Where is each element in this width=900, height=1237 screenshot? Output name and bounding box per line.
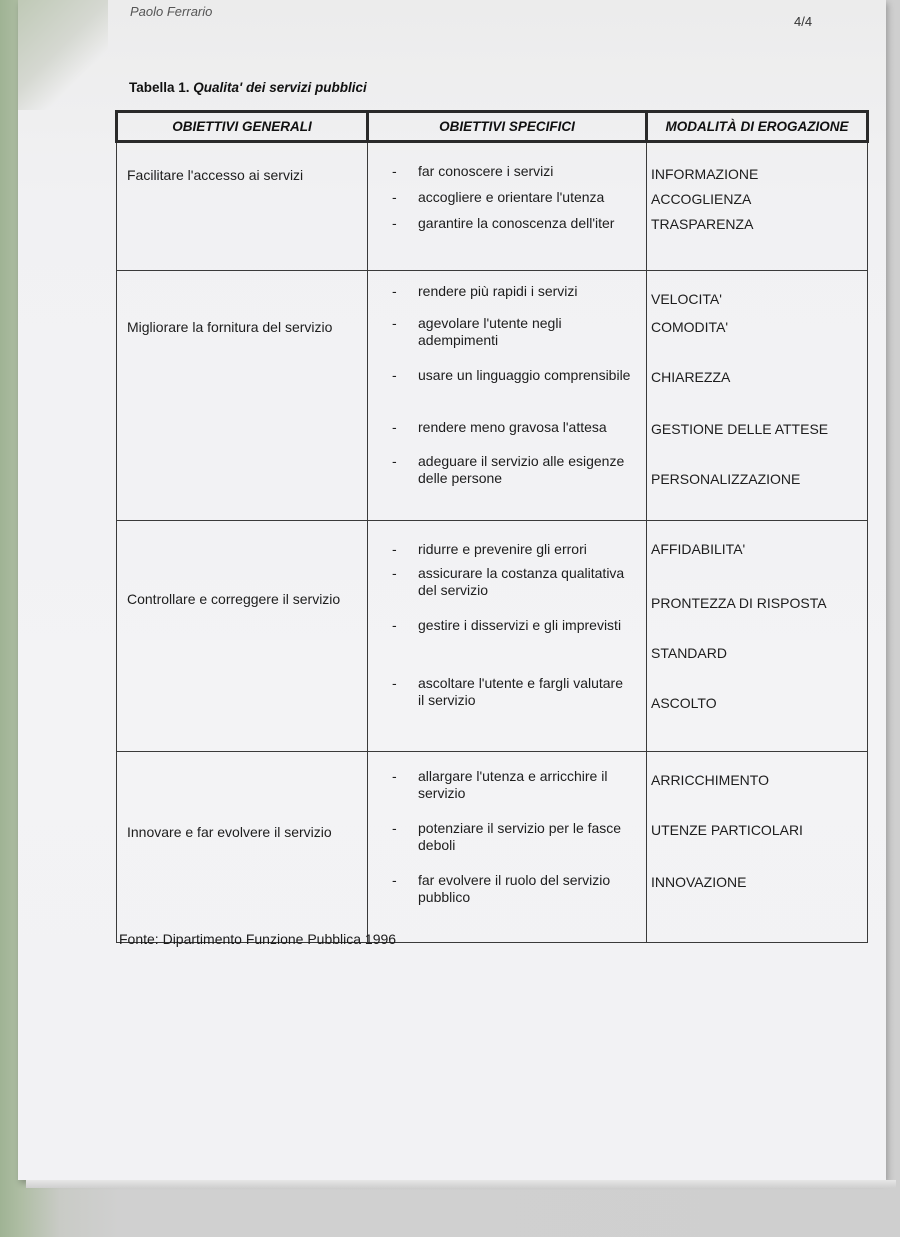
modality-item: TRASPARENZA [651, 216, 753, 232]
column-header-modality: MODALITÀ DI EROGAZIONE [647, 112, 868, 142]
modality-list: INFORMAZIONEACCOGLIENZATRASPARENZA [647, 143, 867, 270]
page-number: 4/4 [794, 14, 812, 29]
bullet-dash: - [392, 768, 397, 784]
modality-item: INFORMAZIONE [651, 166, 758, 182]
bullet-dash: - [392, 565, 397, 581]
general-objective: Controllare e correggere il servizio [117, 521, 367, 607]
modality-list: AFFIDABILITA'PRONTEZZA DI RISPOSTASTANDA… [647, 521, 867, 751]
specific-objective-text: ridurre e prevenire gli errori [418, 541, 633, 558]
modality-list: VELOCITA'COMODITA'CHIAREZZAGESTIONE DELL… [647, 271, 867, 520]
bullet-dash: - [392, 163, 397, 179]
specific-objective-text: far evolvere il ruolo del servizio pubbl… [418, 872, 633, 906]
modality-item: AFFIDABILITA' [651, 541, 745, 557]
specific-objective-text: adeguare il servizio alle esigenze delle… [418, 453, 633, 487]
quality-table: OBIETTIVI GENERALI OBIETTIVI SPECIFICI M… [115, 110, 869, 943]
table-row: Facilitare l'accesso ai servizi-far cono… [117, 142, 868, 271]
specific-objective-text: ascoltare l'utente e fargli valutare il … [418, 675, 633, 709]
general-objective-cell: Facilitare l'accesso ai servizi [117, 142, 368, 271]
page-fold-shadow [18, 0, 108, 110]
table-header-row: OBIETTIVI GENERALI OBIETTIVI SPECIFICI M… [117, 112, 868, 142]
modality-item: PERSONALIZZAZIONE [651, 471, 800, 487]
general-objective-cell: Controllare e correggere il servizio [117, 521, 368, 752]
specific-objective-text: garantire la conoscenza dell'iter [418, 215, 633, 232]
specific-objectives-list: -allargare l'utenza e arricchire il serv… [368, 752, 646, 942]
specific-objective-text: usare un linguaggio comprensibile [418, 367, 633, 384]
general-objective: Facilitare l'accesso ai servizi [117, 143, 367, 183]
specific-objectives-cell: -rendere più rapidi i servizi-agevolare … [368, 271, 647, 521]
bullet-dash: - [392, 283, 397, 299]
modality-item: CHIAREZZA [651, 369, 730, 385]
general-objective: Migliorare la fornitura del servizio [117, 271, 367, 335]
modality-list: ARRICCHIMENTOUTENZE PARTICOLARIINNOVAZIO… [647, 752, 867, 942]
modality-item: UTENZE PARTICOLARI [651, 822, 803, 838]
modality-cell: INFORMAZIONEACCOGLIENZATRASPARENZA [647, 142, 868, 271]
bullet-dash: - [392, 453, 397, 469]
general-objective-cell: Migliorare la fornitura del servizio [117, 271, 368, 521]
column-header-general: OBIETTIVI GENERALI [117, 112, 368, 142]
modality-item: ACCOGLIENZA [651, 191, 751, 207]
modality-item: PRONTEZZA DI RISPOSTA [651, 595, 827, 611]
modality-cell: VELOCITA'COMODITA'CHIAREZZAGESTIONE DELL… [647, 271, 868, 521]
bullet-dash: - [392, 872, 397, 888]
specific-objectives-list: -far conoscere i servizi-accogliere e or… [368, 143, 646, 270]
bullet-dash: - [392, 367, 397, 383]
table-caption: Tabella 1. Qualita' dei servizi pubblici [129, 80, 367, 95]
modality-item: STANDARD [651, 645, 727, 661]
bullet-dash: - [392, 617, 397, 633]
bullet-dash: - [392, 820, 397, 836]
table-row: Controllare e correggere il servizio-rid… [117, 521, 868, 752]
table-source-note: Fonte: Dipartimento Funzione Pubblica 19… [119, 931, 396, 947]
bullet-dash: - [392, 675, 397, 691]
specific-objectives-list: -rendere più rapidi i servizi-agevolare … [368, 271, 646, 520]
specific-objectives-cell: -ridurre e prevenire gli errori-assicura… [368, 521, 647, 752]
caption-label: Tabella 1. [129, 80, 190, 95]
modality-item: GESTIONE DELLE ATTESE [651, 421, 828, 437]
modality-item: COMODITA' [651, 319, 728, 335]
specific-objective-text: rendere meno gravosa l'attesa [418, 419, 633, 436]
bullet-dash: - [392, 541, 397, 557]
specific-objective-text: rendere più rapidi i servizi [418, 283, 633, 300]
modality-cell: AFFIDABILITA'PRONTEZZA DI RISPOSTASTANDA… [647, 521, 868, 752]
specific-objective-text: potenziare il servizio per le fasce debo… [418, 820, 633, 854]
specific-objectives-list: -ridurre e prevenire gli errori-assicura… [368, 521, 646, 751]
general-objective-cell: Innovare e far evolvere il servizio [117, 752, 368, 943]
page-stack-edge [26, 1180, 896, 1188]
modality-item: ASCOLTO [651, 695, 717, 711]
specific-objective-text: assicurare la costanza qualitativa del s… [418, 565, 633, 599]
specific-objectives-cell: -far conoscere i servizi-accogliere e or… [368, 142, 647, 271]
modality-item: ARRICCHIMENTO [651, 772, 769, 788]
bullet-dash: - [392, 189, 397, 205]
specific-objective-text: gestire i disservizi e gli imprevisti [418, 617, 633, 634]
table-row: Migliorare la fornitura del servizio-ren… [117, 271, 868, 521]
specific-objective-text: accogliere e orientare l'utenza [418, 189, 633, 206]
specific-objectives-cell: -allargare l'utenza e arricchire il serv… [368, 752, 647, 943]
specific-objective-text: far conoscere i servizi [418, 163, 633, 180]
modality-item: VELOCITA' [651, 291, 722, 307]
bullet-dash: - [392, 215, 397, 231]
bullet-dash: - [392, 315, 397, 331]
table-row: Innovare e far evolvere il servizio-alla… [117, 752, 868, 943]
specific-objective-text: agevolare l'utente negli adempimenti [418, 315, 633, 349]
general-objective: Innovare e far evolvere il servizio [117, 752, 367, 840]
modality-item: INNOVAZIONE [651, 874, 746, 890]
bullet-dash: - [392, 419, 397, 435]
author-header: Paolo Ferrario [130, 4, 212, 19]
specific-objective-text: allargare l'utenza e arricchire il servi… [418, 768, 633, 802]
column-header-specific: OBIETTIVI SPECIFICI [368, 112, 647, 142]
modality-cell: ARRICCHIMENTOUTENZE PARTICOLARIINNOVAZIO… [647, 752, 868, 943]
caption-title: Qualita' dei servizi pubblici [193, 80, 367, 95]
